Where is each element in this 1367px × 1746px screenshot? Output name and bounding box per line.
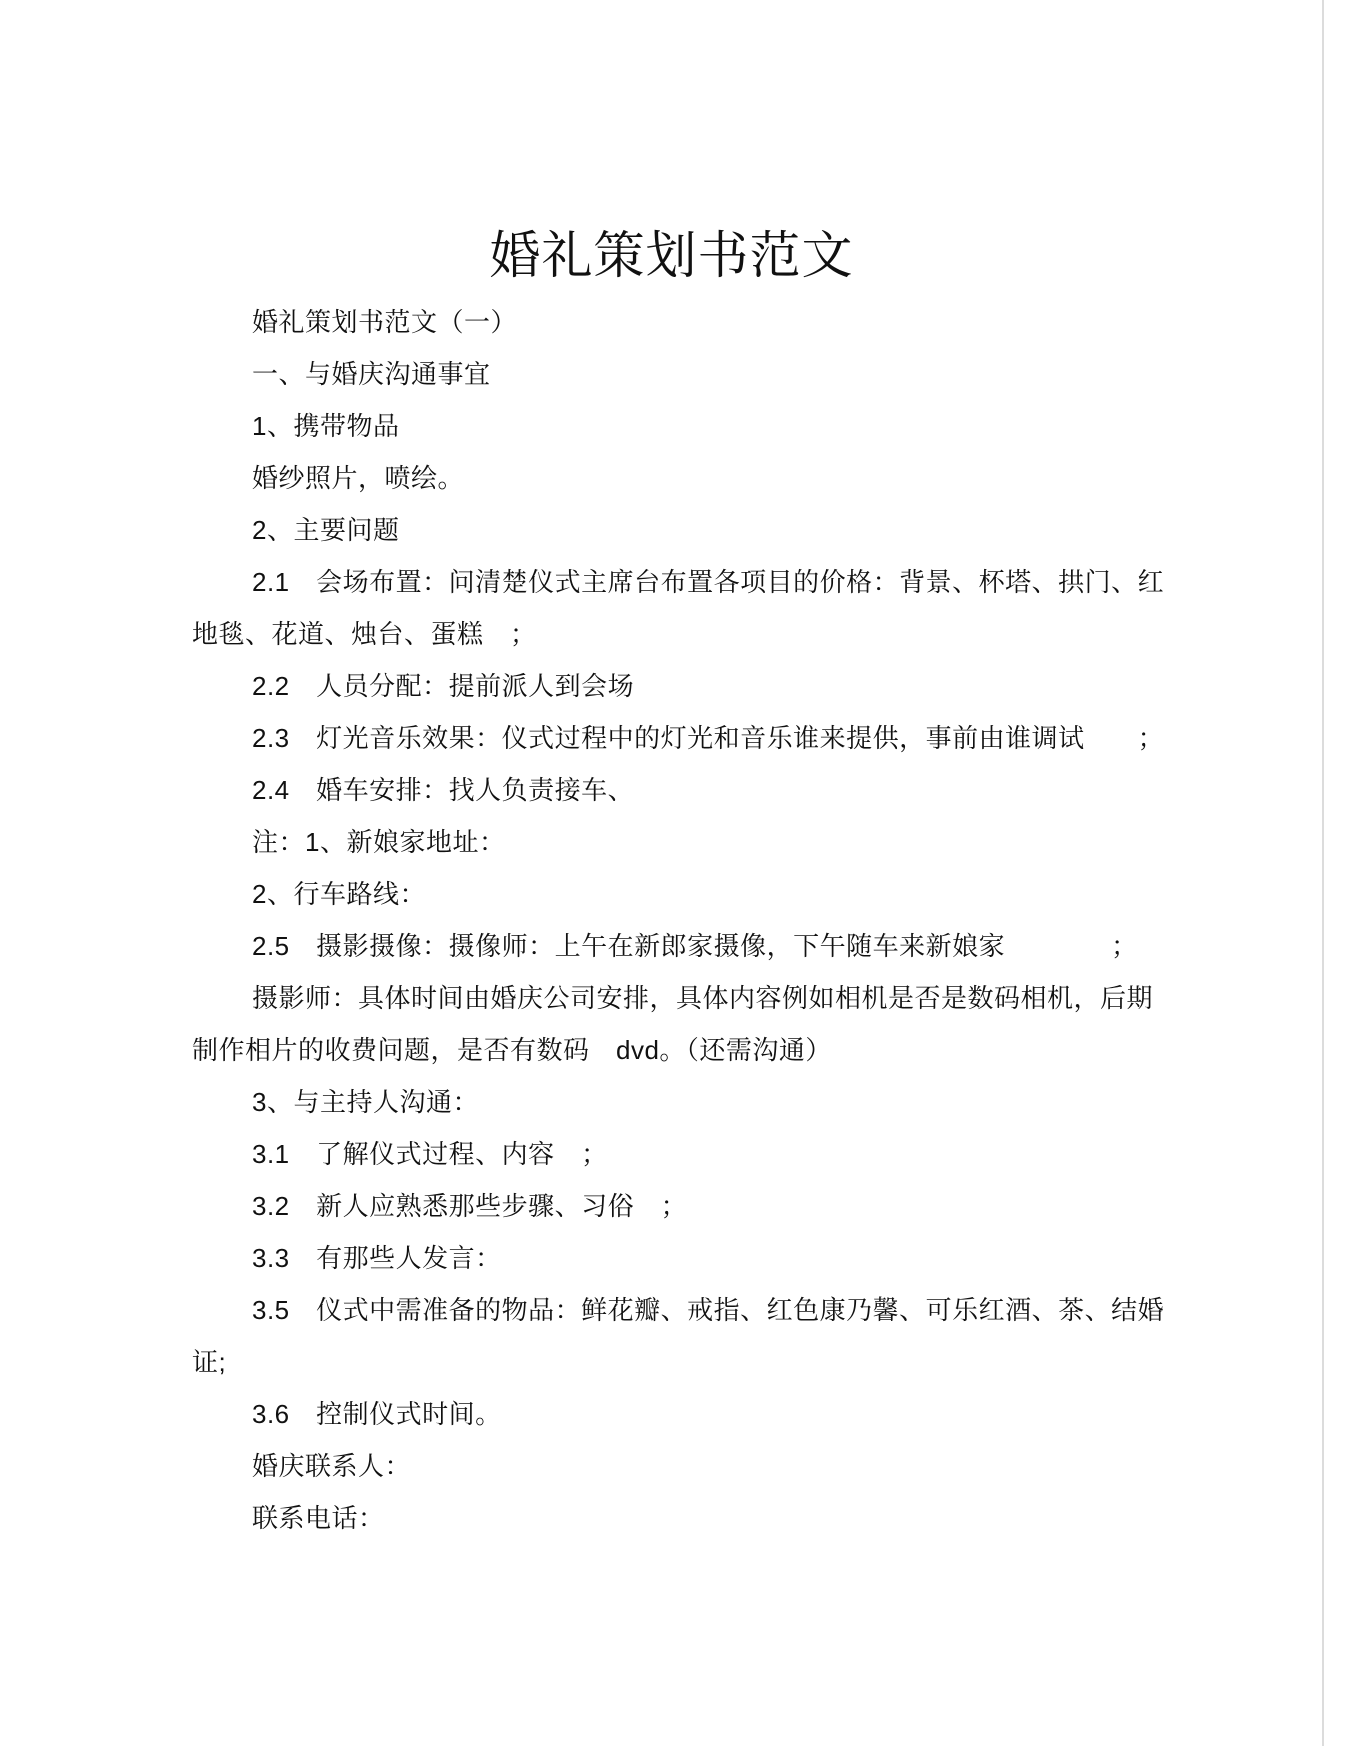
doc-line: 2.1 会场布置：问清楚仪式主席台布置各项目的价格：背景、杯塔、拱门、红: [192, 556, 1112, 608]
doc-line: 3.1 了解仪式过程、内容 ；: [192, 1128, 1112, 1180]
doc-line: 2.2 人员分配：提前派人到会场: [192, 660, 1112, 712]
doc-line: 2.3 灯光音乐效果：仪式过程中的灯光和音乐谁来提供，事前由谁调试 ；: [192, 712, 1112, 764]
doc-line: 制作相片的收费问题，是否有数码 dvd。（还需沟通）: [192, 1024, 1112, 1076]
doc-line: 婚礼策划书范文（一）: [192, 296, 1112, 348]
doc-line: 一、与婚庆沟通事宜: [192, 348, 1112, 400]
doc-line: 2、主要问题: [192, 504, 1112, 556]
doc-line: 2.5 摄影摄像：摄像师：上午在新郎家摄像，下午随车来新娘家 ；: [192, 920, 1112, 972]
doc-line: 3.2 新人应熟悉那些步骤、习俗 ；: [192, 1180, 1112, 1232]
doc-line: 婚纱照片，喷绘。: [192, 452, 1112, 504]
doc-line: 2.4 婚车安排：找人负责接车、: [192, 764, 1112, 816]
doc-line: 摄影师：具体时间由婚庆公司安排，具体内容例如相机是否是数码相机，后期: [192, 972, 1112, 1024]
document-title: 婚礼策划书范文: [0, 214, 1343, 288]
doc-line: 婚庆联系人：: [192, 1440, 1112, 1492]
doc-line: 联系电话：: [192, 1492, 1112, 1544]
doc-line: 证;: [192, 1336, 1112, 1388]
doc-line: 2、行车路线：: [192, 868, 1112, 920]
document-page: 婚礼策划书范文 婚礼策划书范文（一） 一、与婚庆沟通事宜 1、携带物品 婚纱照片…: [0, 0, 1323, 1746]
doc-line: 3.5 仪式中需准备的物品：鲜花瓣、戒指、红色康乃馨、可乐红酒、茶、结婚: [192, 1284, 1112, 1336]
page-edge-divider: [1322, 0, 1324, 1746]
doc-line: 3、与主持人沟通：: [192, 1076, 1112, 1128]
doc-line: 3.3 有那些人发言：: [192, 1232, 1112, 1284]
document-body: 婚礼策划书范文（一） 一、与婚庆沟通事宜 1、携带物品 婚纱照片，喷绘。 2、主…: [192, 296, 1112, 1544]
doc-line: 1、携带物品: [192, 400, 1112, 452]
doc-line: 地毯、花道、烛台、蛋糕 ；: [192, 608, 1112, 660]
doc-line: 3.6 控制仪式时间。: [192, 1388, 1112, 1440]
doc-line: 注：1、新娘家地址：: [192, 816, 1112, 868]
